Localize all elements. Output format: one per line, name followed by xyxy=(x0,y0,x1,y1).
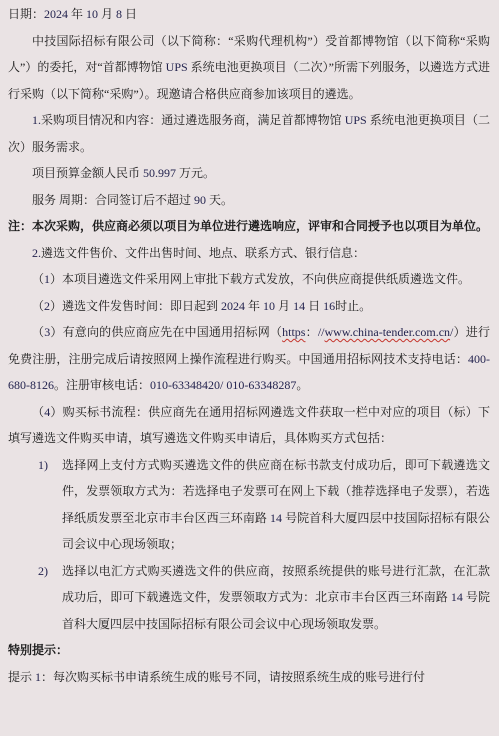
procurement-content-paragraph: 1.采购项目情况和内容：通过遴选服务商，满足首都博物馆 UPS 系统电池更换项目… xyxy=(8,107,490,160)
clause-2-paragraph: （2）遴选文件发售时间：即日起到 2024 年 10 月 14 日 16时止。 xyxy=(8,293,490,320)
tip-1-paragraph: 提示 1：每次购买标书申请系统生成的账号不同，请按照系统生成的账号进行付 xyxy=(8,664,490,691)
clause-3-paragraph: （3）有意向的供应商应先在中国通用招标网（https：//www.china-t… xyxy=(8,319,490,399)
section-2-heading: 2.遴选文件售价、文件出售时间、地点、联系方式、银行信息： xyxy=(8,240,490,267)
service-period-paragraph: 服务 周期：合同签订后不超过 90 天。 xyxy=(8,187,490,214)
list-item-text: 选择网上支付方式购买遴选文件的供应商在标书款支付成功后，即可下载遴选文件，发票领… xyxy=(62,458,490,552)
note-paragraph: 注：本次采购，供应商必须以项目为单位进行遴选响应，评审和合同授予也以项目为单位。 xyxy=(8,213,490,240)
date-line: 日期：2024 年 10 月 8 日 xyxy=(8,1,490,28)
list-marker: 2) xyxy=(38,558,48,585)
purchase-method-item-1: 1)选择网上支付方式购买遴选文件的供应商在标书款支付成功后，即可下载遴选文件，发… xyxy=(8,452,490,558)
document-page: 日期：2024 年 10 月 8 日 中技国际招标有限公司（以下简称：“采购代理… xyxy=(0,0,499,690)
list-marker: 1) xyxy=(38,452,48,479)
special-notice-heading: 特别提示： xyxy=(8,637,490,664)
intro-paragraph: 中技国际招标有限公司（以下简称：“采购代理机构”）受首都博物馆（以下简称“采购人… xyxy=(8,28,490,108)
purchase-method-item-2: 2)选择以电汇方式购买遴选文件的供应商，按照系统提供的账号进行汇款，在汇款成功后… xyxy=(8,558,490,638)
budget-paragraph: 项目预算金额人民币 50.997 万元。 xyxy=(8,160,490,187)
clause-4-paragraph: （4）购买标书流程：供应商先在通用招标网遴选文件获取一栏中对应的项目（标）下填写… xyxy=(8,399,490,452)
list-item-text: 选择以电汇方式购买遴选文件的供应商，按照系统提供的账号进行汇款，在汇款成功后，即… xyxy=(62,564,490,631)
clause-1-paragraph: （1）本项目遴选文件采用网上审批下载方式发放，不向供应商提供纸质遴选文件。 xyxy=(8,266,490,293)
